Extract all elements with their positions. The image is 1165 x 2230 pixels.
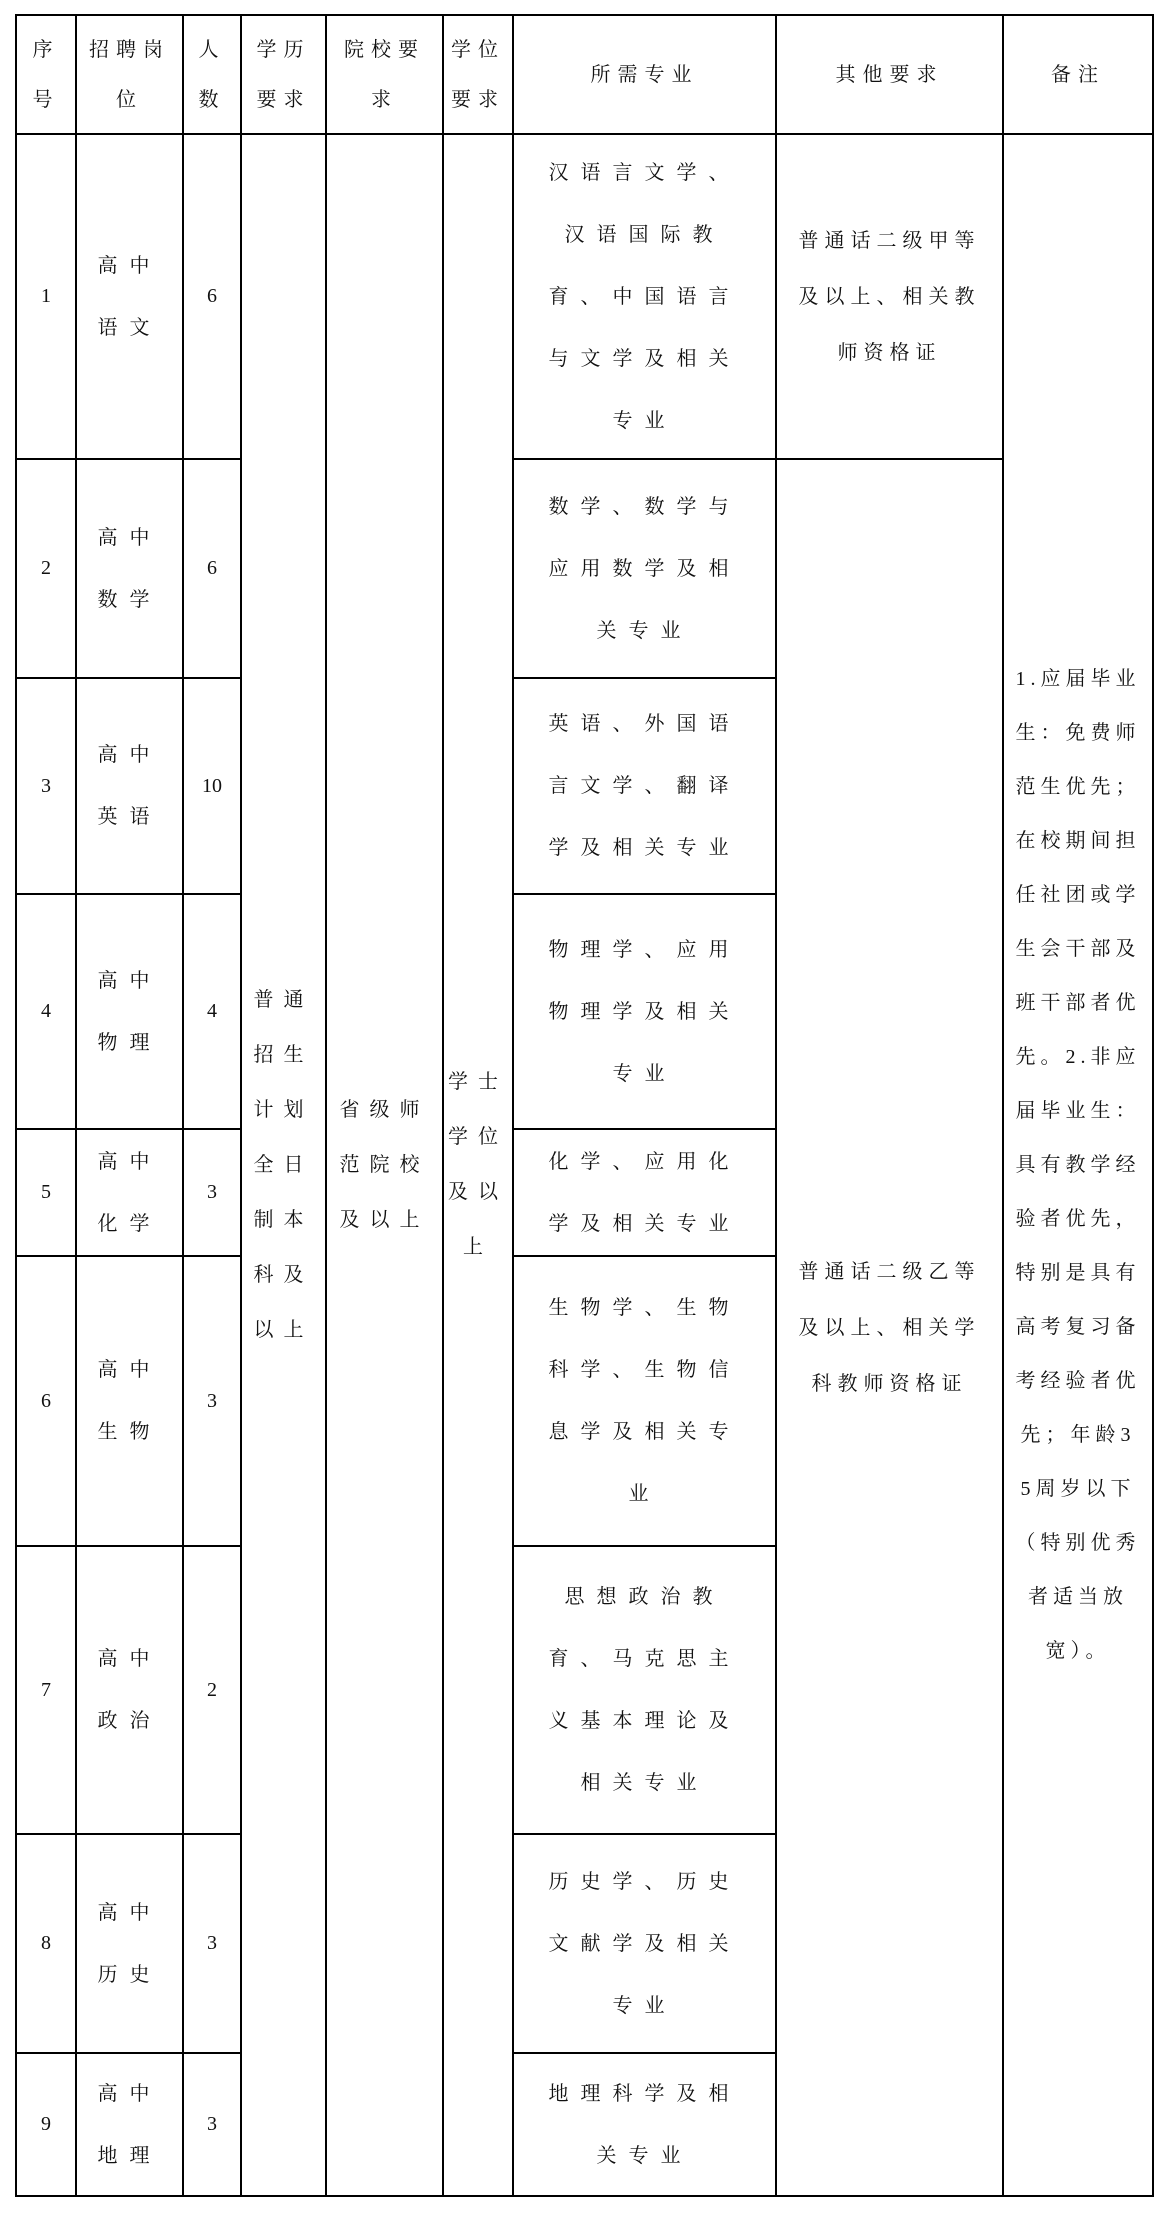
cell-major-4: 物理学、应用物理学及相关专业	[513, 894, 776, 1129]
cell-post-7: 高中政治	[76, 1546, 183, 1834]
cell-college-merged: 省级师范院校及以上	[326, 134, 443, 2196]
cell-seq-8: 8	[16, 1834, 76, 2053]
cell-seq-7: 7	[16, 1546, 76, 1834]
header-row: 序号 招聘岗位 人数 学历要求 院校要求 学位要求 所需专业 其他要求 备注	[16, 15, 1153, 134]
cell-major-3: 英语、外国语言文学、翻译学及相关专业	[513, 678, 776, 894]
cell-seq-4: 4	[16, 894, 76, 1129]
teacher-recruitment-table: 序号 招聘岗位 人数 学历要求 院校要求 学位要求 所需专业 其他要求 备注 1…	[15, 14, 1154, 2197]
header-degree: 学位要求	[443, 15, 513, 134]
cell-seq-5: 5	[16, 1129, 76, 1256]
cell-post-2: 高中数学	[76, 459, 183, 678]
cell-seq-2: 2	[16, 459, 76, 678]
cell-count-5: 3	[183, 1129, 241, 1256]
cell-count-2: 6	[183, 459, 241, 678]
cell-major-8: 历史学、历史文献学及相关专业	[513, 1834, 776, 2053]
cell-count-3: 10	[183, 678, 241, 894]
page: { "table": { "headers": { "seq": "序号", "…	[0, 14, 1165, 2230]
cell-edu-merged: 普通招生计划全日制本科及以上	[241, 134, 326, 2196]
cell-count-8: 3	[183, 1834, 241, 2053]
cell-major-1: 汉语言文学、汉语国际教育、中国语言与文学及相关专业	[513, 134, 776, 459]
cell-major-7: 思想政治教育、马克思主义基本理论及相关专业	[513, 1546, 776, 1834]
cell-count-9: 3	[183, 2053, 241, 2196]
cell-seq-6: 6	[16, 1256, 76, 1546]
header-major: 所需专业	[513, 15, 776, 134]
cell-seq-1: 1	[16, 134, 76, 459]
header-edu: 学历要求	[241, 15, 326, 134]
table-row: 1 高中语文 6 普通招生计划全日制本科及以上 省级师范院校及以上 学士学位及以…	[16, 134, 1153, 459]
header-count: 人数	[183, 15, 241, 134]
cell-major-6: 生物学、生物科学、生物信息学及相关专业	[513, 1256, 776, 1546]
header-seq: 序号	[16, 15, 76, 134]
cell-count-1: 6	[183, 134, 241, 459]
header-college: 院校要求	[326, 15, 443, 134]
header-other: 其他要求	[776, 15, 1003, 134]
cell-other-1: 普通话二级甲等及以上、相关教师资格证	[776, 134, 1003, 459]
cell-seq-3: 3	[16, 678, 76, 894]
cell-major-2: 数学、数学与应用数学及相关专业	[513, 459, 776, 678]
cell-remark-merged: 1.应届毕业生：免费师范生优先；在校期间担任社团或学生会干部及班干部者优先。2.…	[1003, 134, 1153, 2196]
cell-count-7: 2	[183, 1546, 241, 1834]
header-remark: 备注	[1003, 15, 1153, 134]
cell-major-5: 化学、应用化学及相关专业	[513, 1129, 776, 1256]
cell-post-9: 高中地理	[76, 2053, 183, 2196]
cell-post-5: 高中化学	[76, 1129, 183, 1256]
cell-post-1: 高中语文	[76, 134, 183, 459]
cell-count-4: 4	[183, 894, 241, 1129]
cell-post-4: 高中物理	[76, 894, 183, 1129]
cell-degree-merged: 学士学位及以上	[443, 134, 513, 2196]
cell-count-6: 3	[183, 1256, 241, 1546]
cell-post-3: 高中英语	[76, 678, 183, 894]
header-post: 招聘岗位	[76, 15, 183, 134]
cell-other-merged: 普通话二级乙等及以上、相关学科教师资格证	[776, 459, 1003, 2196]
cell-major-9: 地理科学及相关专业	[513, 2053, 776, 2196]
cell-seq-9: 9	[16, 2053, 76, 2196]
table-row: 2 高中数学 6 数学、数学与应用数学及相关专业 普通话二级乙等及以上、相关学科…	[16, 459, 1153, 678]
cell-post-8: 高中历史	[76, 1834, 183, 2053]
cell-post-6: 高中生物	[76, 1256, 183, 1546]
